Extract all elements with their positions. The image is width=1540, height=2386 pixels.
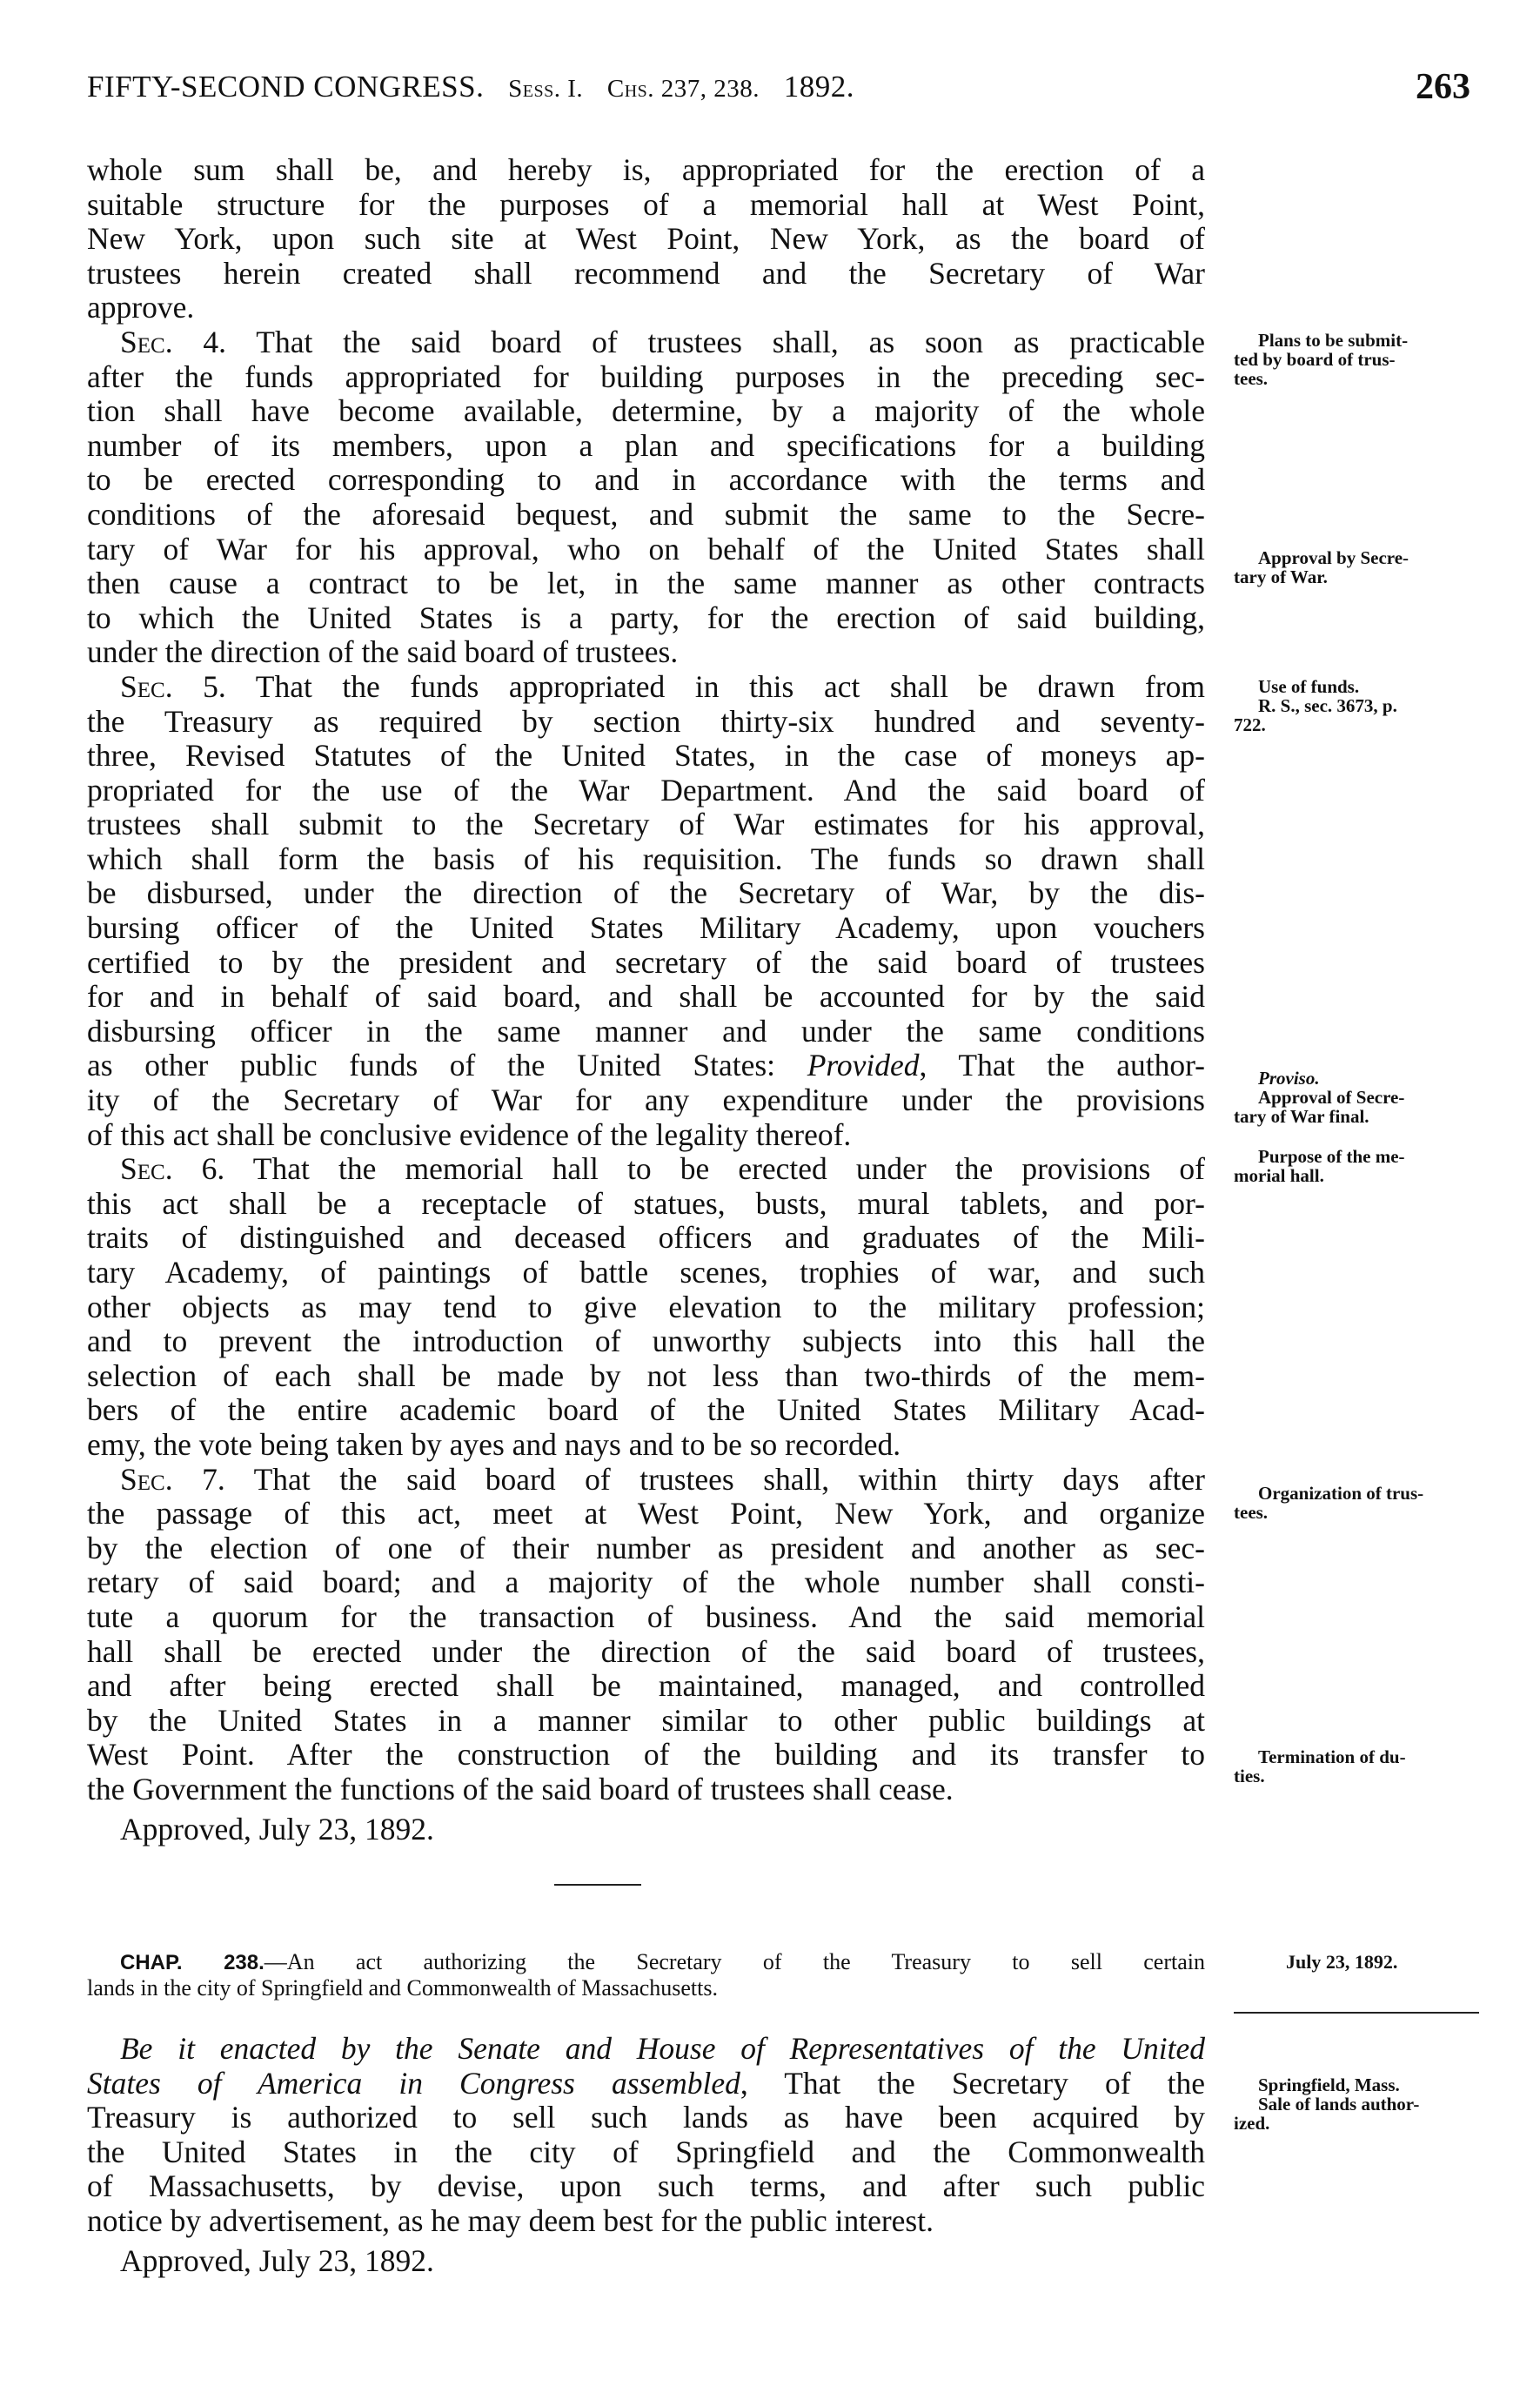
text-line: by the United States in a manner similar… [87, 1704, 1205, 1739]
text-line: to be erected corresponding to and in ac… [87, 463, 1205, 498]
text-line: the Treasury as required by section thir… [87, 705, 1205, 740]
text-fragment: , That the author- [920, 1048, 1205, 1082]
text-line: of Massachusetts, by devise, upon such t… [87, 2169, 1205, 2204]
text-line: whole sum shall be, and hereby is, appro… [87, 153, 1205, 188]
note-line: ted by board of trus- [1234, 350, 1486, 369]
enacting-clause-line: Be it enacted by the Senate and House of… [87, 2032, 1205, 2067]
text-fragment: —An act authorizing the Secretary of the… [264, 1949, 1205, 1974]
text-line: by the election of one of their number a… [87, 1531, 1205, 1566]
note-line: tees. [1234, 369, 1486, 388]
margin-note-springfield: Springfield, Mass. Sale of lands author-… [1234, 2075, 1486, 2133]
year-label: 1892. [784, 70, 854, 104]
text-line: hall shall be erected under the directio… [87, 1635, 1205, 1670]
text-fragment: States of America in Congress assembled [87, 2066, 740, 2101]
text-fragment: , That the Secretary of the [740, 2066, 1205, 2101]
text-line: New York, upon such site at West Point, … [87, 222, 1205, 257]
text-line: the passage of this act, meet at West Po… [87, 1497, 1205, 1531]
chapter-238-body: Be it enacted by the Senate and House of… [87, 2032, 1205, 2278]
margin-note-approval-secretary: Approval by Secre- tary of War. [1234, 548, 1486, 586]
note-line: ized. [1234, 2114, 1486, 2133]
note-line: Organization of trus- [1234, 1484, 1486, 1503]
margin-note-organization: Organization of trus- tees. [1234, 1484, 1486, 1522]
text-line: and after being erected shall be maintai… [87, 1669, 1205, 1704]
text-line: trustees shall submit to the Secretary o… [87, 808, 1205, 842]
section-6-first-line: Sec. 6. That the memorial hall to be ere… [87, 1152, 1205, 1187]
text-line: after the funds appropriated for buildin… [87, 360, 1205, 395]
text-line: selection of each shall be made by not l… [87, 1359, 1205, 1394]
text-line: traits of distinguished and deceased off… [87, 1221, 1205, 1256]
text-line: to which the United States is a party, f… [87, 601, 1205, 636]
note-line: tary of War final. [1234, 1107, 1486, 1126]
note-line: 722. [1234, 715, 1486, 734]
approved-date-ch237: Approved, July 23, 1892. [87, 1813, 1205, 1847]
note-line: ties. [1234, 1766, 1486, 1786]
text-line: Treasury is authorized to sell such land… [87, 2101, 1205, 2135]
proviso-line: as other public funds of the United Stat… [87, 1049, 1205, 1083]
text-line: and to prevent the introduction of unwor… [87, 1324, 1205, 1359]
text-line: bers of the entire academic board of the… [87, 1393, 1205, 1428]
note-line: morial hall. [1234, 1166, 1486, 1185]
text-fragment: That the said board of trustees shall, a… [256, 325, 1205, 359]
text-line: number of its members, upon a plan and s… [87, 429, 1205, 464]
text-line: then cause a contract to be let, in the … [87, 566, 1205, 601]
text-line: ity of the Secretary of War for any expe… [87, 1083, 1205, 1118]
section-label: Sec. 6. [120, 1151, 224, 1186]
section-label: Sec. 7. [120, 1462, 225, 1497]
section-7-first-line: Sec. 7. That the said board of trustees … [87, 1463, 1205, 1498]
text-line: propriated for the use of the War Depart… [87, 774, 1205, 808]
margin-note-plans: Plans to be submit- ted by board of trus… [1234, 331, 1486, 388]
chapter-238-title: CHAP. 238.—An act authorizing the Secret… [87, 1949, 1205, 2001]
text-line: which shall form the basis of his requis… [87, 842, 1205, 877]
chapter-title-line: lands in the city of Springfield and Com… [87, 1975, 1205, 2001]
margin-note-purpose: Purpose of the me- morial hall. [1234, 1147, 1486, 1185]
text-line: retary of said board; and a majority of … [87, 1565, 1205, 1600]
note-line: July 23, 1892. [1234, 1951, 1486, 1974]
text-line: disbursing officer in the same manner an… [87, 1015, 1205, 1049]
chapter-date-rule [1234, 2012, 1479, 2014]
text-line: three, Revised Statutes of the United St… [87, 739, 1205, 774]
text-line: other objects as may tend to give elevat… [87, 1290, 1205, 1325]
note-line: Approval of Secre- [1234, 1088, 1486, 1107]
text-line: bursing officer of the United States Mil… [87, 911, 1205, 946]
chapter-divider [554, 1884, 641, 1886]
text-line: be disbursed, under the direction of the… [87, 876, 1205, 911]
note-line: Use of funds. [1234, 677, 1486, 696]
text-line: tary Academy, of paintings of battle sce… [87, 1256, 1205, 1290]
text-line: suitable structure for the purposes of a… [87, 188, 1205, 223]
text-fragment: That the memorial hall to be erected und… [253, 1151, 1205, 1186]
text-line: trustees herein created shall recommend … [87, 257, 1205, 292]
text-line: tion shall have become available, determ… [87, 394, 1205, 429]
text-line: of this act shall be conclusive evidence… [87, 1118, 1205, 1153]
congress-title: FIFTY-SECOND CONGRESS. [87, 70, 484, 104]
text-line: certified to by the president and secret… [87, 946, 1205, 981]
text-line: approve. [87, 291, 1205, 325]
note-line: tary of War. [1234, 567, 1486, 586]
section-5-first-line: Sec. 5. That the funds appropriated in t… [87, 670, 1205, 705]
note-line: Approval by Secre- [1234, 548, 1486, 567]
text-line: West Point. After the construction of th… [87, 1738, 1205, 1773]
chapter-label: CHAP. 238. [120, 1951, 264, 1974]
session-label: Sess. I. [508, 75, 583, 103]
margin-note-use-of-funds: Use of funds. R. S., sec. 3673, p. 722. [1234, 677, 1486, 734]
note-line: Termination of du- [1234, 1747, 1486, 1766]
note-line: Sale of lands author- [1234, 2094, 1486, 2114]
text-line: the United States in the city of Springf… [87, 2135, 1205, 2170]
section-4-first-line: Sec. 4. That the said board of trustees … [87, 325, 1205, 360]
text-line: under the direction of the said board of… [87, 635, 1205, 670]
text-line: for and in behalf of said board, and sha… [87, 980, 1205, 1015]
note-line: Springfield, Mass. [1234, 2075, 1486, 2094]
chapter-237-body: whole sum shall be, and hereby is, appro… [87, 153, 1205, 1846]
margin-note-proviso: Proviso. Approval of Secre- tary of War … [1234, 1069, 1486, 1126]
note-line: Purpose of the me- [1234, 1147, 1486, 1166]
proviso-word: Provided [807, 1048, 920, 1082]
text-line: tute a quorum for the transaction of bus… [87, 1600, 1205, 1635]
text-line: the Government the functions of the said… [87, 1773, 1205, 1807]
enacting-clause-line: States of America in Congress assembled,… [87, 2067, 1205, 2101]
note-line: R. S., sec. 3673, p. [1234, 696, 1486, 715]
page-number: 263 [1416, 66, 1470, 108]
chapter-title-line: CHAP. 238.—An act authorizing the Secret… [87, 1949, 1205, 1975]
text-line: notice by advertisement, as he may deem … [87, 2204, 1205, 2239]
text-line: this act shall be a receptacle of statue… [87, 1187, 1205, 1222]
text-line: emy, the vote being taken by ayes and na… [87, 1428, 1205, 1463]
approved-date-ch238: Approved, July 23, 1892. [87, 2244, 1205, 2279]
page-header: FIFTY-SECOND CONGRESS. Sess. I. Chs. 237… [87, 70, 1470, 113]
chapters-label: Chs. 237, 238. [607, 75, 760, 103]
note-line: Proviso. [1234, 1069, 1486, 1088]
text-fragment: as other public funds of the United Stat… [87, 1048, 807, 1082]
section-label: Sec. 5. [120, 669, 226, 704]
running-head: FIFTY-SECOND CONGRESS. Sess. I. Chs. 237… [87, 70, 854, 104]
note-line: tees. [1234, 1503, 1486, 1522]
note-line: Plans to be submit- [1234, 331, 1486, 350]
margin-note-chapter-date: July 23, 1892. [1234, 1951, 1486, 1974]
text-fragment: That the funds appropriated in this act … [256, 669, 1205, 704]
text-line: tary of War for his approval, who on beh… [87, 533, 1205, 567]
text-line: conditions of the aforesaid bequest, and… [87, 498, 1205, 533]
margin-note-termination: Termination of du- ties. [1234, 1747, 1486, 1786]
text-fragment: That the said board of trustees shall, w… [254, 1462, 1205, 1497]
section-label: Sec. 4. [120, 325, 226, 359]
